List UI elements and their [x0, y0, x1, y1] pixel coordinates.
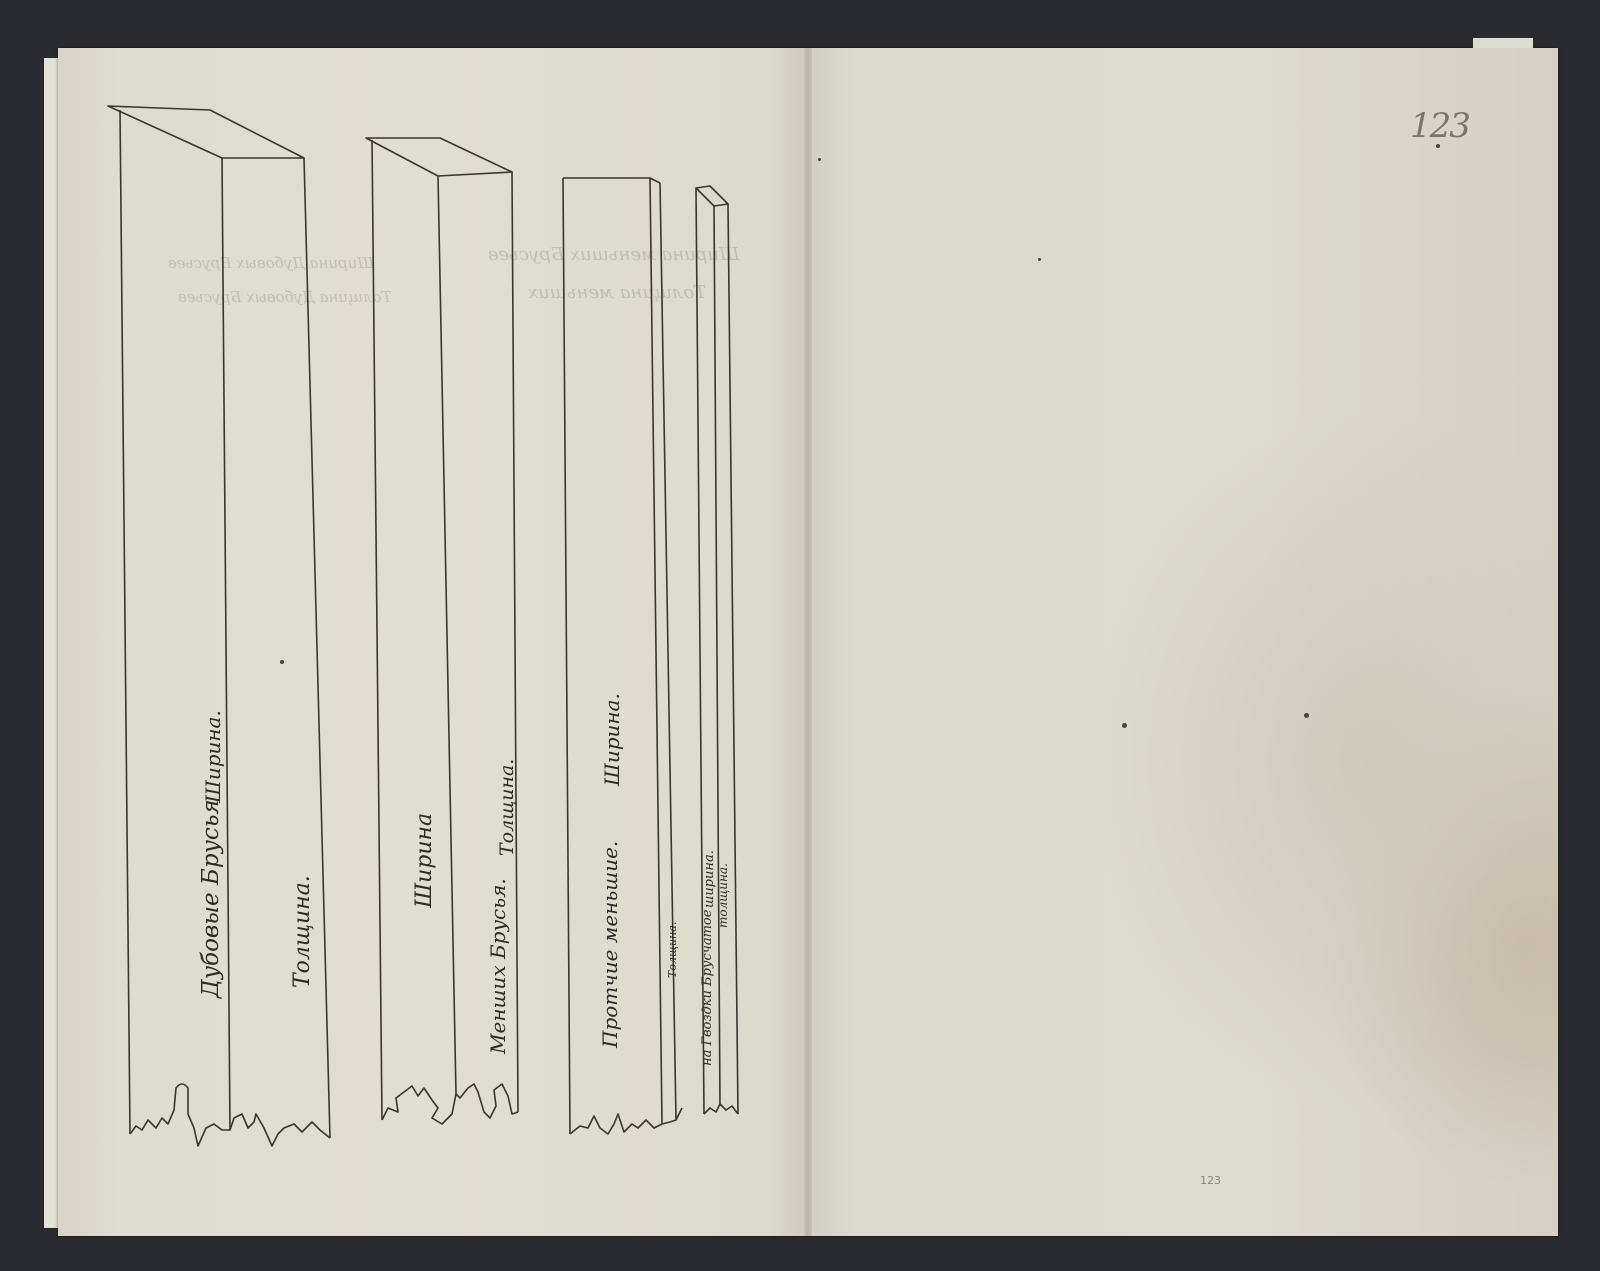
board-3-drawing [563, 178, 682, 1134]
paper-speck [1038, 258, 1041, 261]
archive-stamp: 123 [1200, 1174, 1221, 1187]
board-3-width-label: Ширина. [600, 693, 624, 786]
manuscript-spread: Ширина Дубовых Брусьев Толщина Дубовых Б… [58, 48, 1558, 1236]
board-4-width-label: ширина. [702, 850, 717, 908]
board-4-thickness-label: толщина. [716, 863, 730, 928]
board-2-thickness-label: Толщина. [496, 759, 518, 856]
board-4-face-label: на Гвоздки Брусчатое [700, 910, 715, 1066]
folio-number: 123 [1410, 106, 1469, 146]
right-page: 123 123 [810, 48, 1558, 1236]
board-2-face-label: Менших Брусья. [486, 878, 510, 1054]
boards-drawing [58, 48, 806, 1236]
paper-speck [1436, 144, 1440, 148]
paper-speck [818, 158, 821, 161]
board-1-face-label: Дубовые Брусья [198, 799, 224, 998]
board-3-thickness-label: Толщина. [666, 922, 679, 978]
paper-speck [280, 660, 284, 664]
board-2-width-label: Ширина [412, 813, 437, 908]
board-1-width-label: Ширина. [201, 710, 225, 803]
board-1-thickness-label: Толщина. [290, 875, 315, 988]
paper-speck [1304, 713, 1309, 718]
paper-speck [1122, 723, 1127, 728]
board-3-face-label: Протчие меньшие. [598, 841, 622, 1048]
